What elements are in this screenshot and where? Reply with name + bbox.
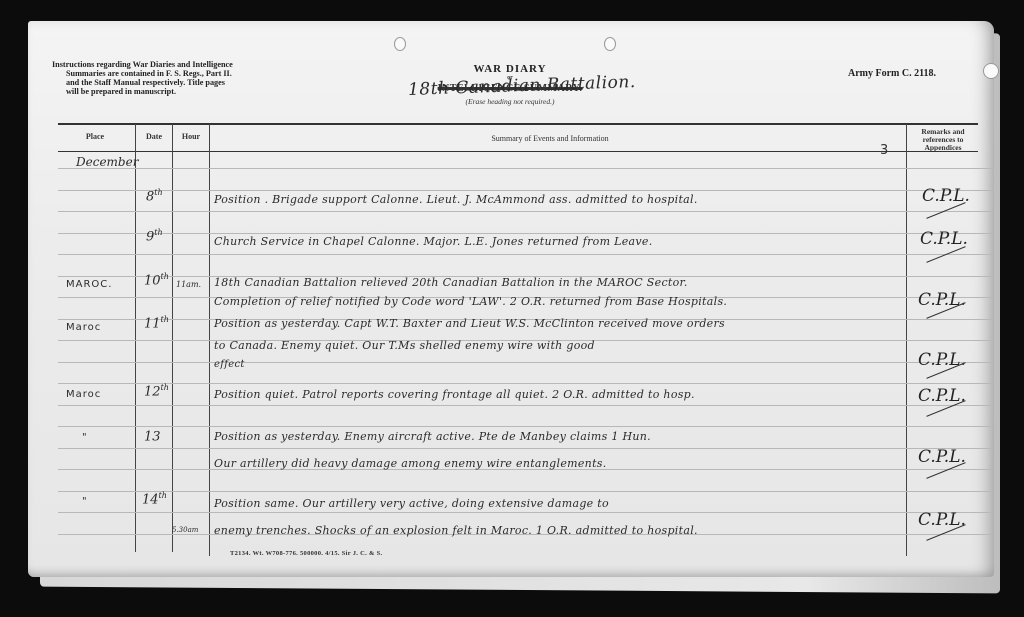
ruled-line: [58, 491, 993, 492]
header-top-rule: [58, 123, 978, 125]
page-number: 3: [880, 143, 888, 158]
punch-hole: [983, 63, 999, 79]
entry-date: 13: [144, 428, 161, 444]
instructions-line: will be prepared in manuscript.: [52, 87, 292, 96]
entry-text: to Canada. Enemy quiet. Our T.Ms shelled…: [214, 339, 595, 352]
col-header-hour: Hour: [174, 132, 208, 141]
entry-initials: C.P.L.: [918, 290, 966, 310]
entry-initials: C.P.L.: [918, 350, 966, 370]
entry-text: 18th Canadian Battalion relieved 20th Ca…: [214, 276, 688, 289]
col-header-date: Date: [138, 132, 170, 141]
punch-hole: [394, 37, 406, 51]
instructions-line: and the Staff Manual respectively. Title…: [52, 78, 292, 87]
entry-hour: 11am.: [176, 280, 201, 289]
instructions-text: Instructions regarding War Diaries and I…: [52, 60, 292, 96]
entry-place: ": [82, 432, 88, 443]
entry-date: 12th: [144, 383, 169, 399]
entry-text: Position as yesterday. Enemy aircraft ac…: [214, 430, 651, 443]
col-divider: [172, 124, 173, 552]
form-number: Army Form C. 2118.: [848, 68, 936, 79]
entry-date: 9th: [146, 228, 163, 244]
ruled-line: [58, 168, 993, 169]
entry-text: Church Service in Chapel Calonne. Major.…: [214, 235, 653, 248]
entry-text: effect: [214, 359, 245, 370]
printer-imprint: T2134. Wt. W708-776. 500000. 4/15. Sir J…: [230, 550, 382, 557]
entry-text: Position same. Our artillery very active…: [214, 497, 609, 510]
header-bottom-rule: [58, 151, 978, 152]
punch-hole: [604, 37, 616, 51]
col-divider: [135, 124, 136, 552]
entry-place: ": [82, 496, 88, 507]
entry-date: 11th: [144, 315, 169, 331]
ruled-line: [58, 448, 993, 449]
col-header-remarks: Remarks and references to Appendices: [910, 128, 976, 152]
ruled-line: [58, 426, 993, 427]
remarks-line: Appendices: [910, 144, 976, 152]
ruled-line: [58, 362, 993, 363]
col-header-place: Place: [70, 132, 120, 141]
entry-place: Maroc: [66, 389, 101, 400]
ruled-line: [58, 254, 993, 255]
entry-date: 14th: [142, 491, 167, 507]
entry-text: Our artillery did heavy damage among ene…: [214, 457, 607, 470]
ruled-line: [58, 233, 993, 234]
instructions-line: Summaries are contained in F. S. Regs., …: [52, 69, 292, 78]
entry-text: enemy trenches. Shocks of an explosion f…: [214, 524, 698, 537]
entry-initials: C.P.L.: [920, 229, 968, 249]
entry-text: Position as yesterday. Capt W.T. Baxter …: [214, 317, 725, 330]
ruled-line: [58, 405, 993, 406]
entry-text: Position quiet. Patrol reports covering …: [214, 388, 695, 401]
entry-place: MAROC.: [66, 279, 112, 290]
ruled-line: [58, 190, 993, 191]
ruled-line: [58, 211, 993, 212]
entry-hour: 5.30am: [172, 526, 198, 534]
entry-date: 8th: [146, 188, 163, 204]
instructions-line: Instructions regarding War Diaries and I…: [52, 60, 233, 69]
entry-text: Position . Brigade support Calonne. Lieu…: [214, 193, 698, 206]
ruled-line: [58, 512, 993, 513]
ruled-line: [58, 383, 993, 384]
col-header-summary: Summary of Events and Information: [380, 134, 720, 143]
entry-place: Maroc: [66, 322, 101, 333]
entry-text: Completion of relief notified by Code wo…: [214, 295, 727, 308]
month-label: December: [76, 155, 138, 169]
entry-date: 10th: [144, 272, 169, 288]
